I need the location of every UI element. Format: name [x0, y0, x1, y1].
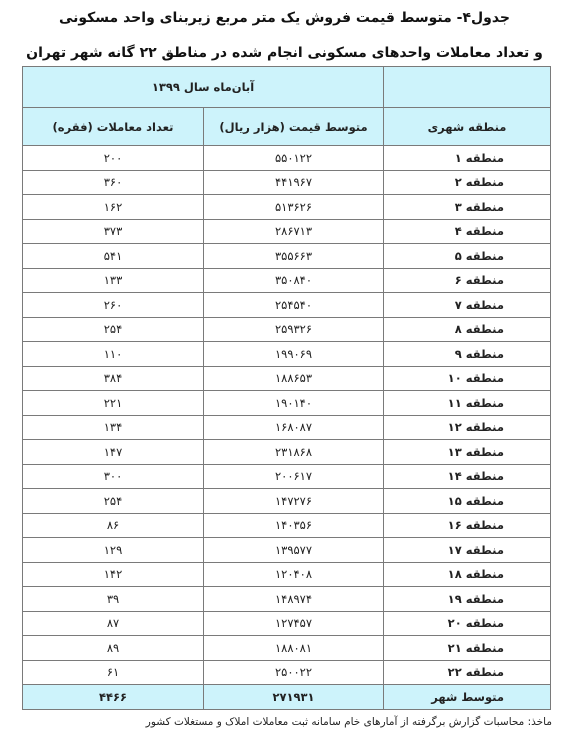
avg-price-cell: ۲۰۰۶۱۷ — [204, 464, 384, 489]
transactions-cell: ۶۱ — [23, 660, 204, 685]
table-row: منطقه ۱۸۱۲۰۴۰۸۱۴۲ — [23, 562, 551, 587]
zone-cell: منطقه ۱۶ — [384, 513, 551, 538]
table-row: منطقه ۹۱۹۹۰۶۹۱۱۰ — [23, 342, 551, 367]
zone-cell: منطقه ۴ — [384, 219, 551, 244]
table-row: منطقه ۷۲۵۴۵۴۰۲۶۰ — [23, 293, 551, 318]
zone-cell: منطقه ۱۵ — [384, 489, 551, 514]
zone-cell: منطقه ۲۲ — [384, 660, 551, 685]
zone-cell: منطقه ۱۰ — [384, 366, 551, 391]
table-row: منطقه ۱۳۲۳۱۸۶۸۱۴۷ — [23, 440, 551, 465]
transactions-cell: ۳۹ — [23, 587, 204, 612]
table-row: منطقه ۱۶۱۴۰۳۵۶۸۶ — [23, 513, 551, 538]
zone-cell: منطقه ۲۱ — [384, 636, 551, 661]
zone-cell: منطقه ۱۹ — [384, 587, 551, 612]
avg-price-cell: ۱۴۸۹۷۴ — [204, 587, 384, 612]
transactions-cell: ۲۶۰ — [23, 293, 204, 318]
table-row: منطقه ۱۱۱۹۰۱۴۰۲۲۱ — [23, 391, 551, 416]
zone-cell: منطقه ۲ — [384, 170, 551, 195]
transactions-cell: ۸۷ — [23, 611, 204, 636]
table-row: منطقه ۸۲۵۹۳۲۶۲۵۴ — [23, 317, 551, 342]
table-subtitle: و تعداد معاملات واحدهای مسکونی انجام شده… — [0, 45, 569, 61]
table-row: منطقه ۱۲۱۶۸۰۸۷۱۳۴ — [23, 415, 551, 440]
zone-cell: منطقه ۲۰ — [384, 611, 551, 636]
avg-price-cell: ۱۹۹۰۶۹ — [204, 342, 384, 367]
total-row: متوسط شهر۲۷۱۹۳۱۴۴۶۶ — [23, 685, 551, 710]
transactions-cell: ۲۰۰ — [23, 146, 204, 171]
zone-cell: منطقه ۸ — [384, 317, 551, 342]
table-row: منطقه ۱۴۲۰۰۶۱۷۳۰۰ — [23, 464, 551, 489]
price-table: آبان‌ماه سال ۱۳۹۹ منطقه شهری متوسط قیمت … — [22, 66, 551, 710]
total-avg-price-cell: ۲۷۱۹۳۱ — [204, 685, 384, 710]
transactions-cell: ۳۸۴ — [23, 366, 204, 391]
transactions-cell: ۱۳۳ — [23, 268, 204, 293]
total-transactions-cell: ۴۴۶۶ — [23, 685, 204, 710]
zone-cell: منطقه ۱۸ — [384, 562, 551, 587]
avg-price-cell: ۱۳۹۵۷۷ — [204, 538, 384, 563]
table-row: منطقه ۶۳۵۰۸۴۰۱۳۳ — [23, 268, 551, 293]
table-row: منطقه ۲۱۱۸۸۰۸۱۸۹ — [23, 636, 551, 661]
transactions-cell: ۳۷۳ — [23, 219, 204, 244]
transactions-cell: ۸۶ — [23, 513, 204, 538]
avg-price-cell: ۱۶۸۰۸۷ — [204, 415, 384, 440]
avg-price-cell: ۲۵۹۳۲۶ — [204, 317, 384, 342]
transactions-cell: ۸۹ — [23, 636, 204, 661]
header-row-period: آبان‌ماه سال ۱۳۹۹ — [23, 67, 551, 108]
avg-price-cell: ۱۸۸۶۵۳ — [204, 366, 384, 391]
table-row: منطقه ۱۹۱۴۸۹۷۴۳۹ — [23, 587, 551, 612]
zone-cell: منطقه ۶ — [384, 268, 551, 293]
table-row: منطقه ۲۴۴۱۹۶۷۳۶۰ — [23, 170, 551, 195]
total-zone-cell: متوسط شهر — [384, 685, 551, 710]
transactions-cell: ۱۶۲ — [23, 195, 204, 220]
table-row: منطقه ۱۷۱۳۹۵۷۷۱۲۹ — [23, 538, 551, 563]
avg-price-cell: ۳۵۰۸۴۰ — [204, 268, 384, 293]
table-row: منطقه ۵۳۵۵۶۶۳۵۴۱ — [23, 244, 551, 269]
avg-price-cell: ۱۴۷۲۷۶ — [204, 489, 384, 514]
transactions-cell: ۲۲۱ — [23, 391, 204, 416]
avg-price-cell: ۵۱۳۶۲۶ — [204, 195, 384, 220]
header-period: آبان‌ماه سال ۱۳۹۹ — [23, 67, 384, 108]
transactions-cell: ۱۴۲ — [23, 562, 204, 587]
zone-cell: منطقه ۵ — [384, 244, 551, 269]
zone-cell: منطقه ۷ — [384, 293, 551, 318]
source-note: ماخذ: محاسبات گزارش برگرفته از آمارهای خ… — [0, 716, 552, 728]
avg-price-cell: ۴۴۱۹۶۷ — [204, 170, 384, 195]
transactions-cell: ۱۲۹ — [23, 538, 204, 563]
table-title: جدول۴- متوسط قیمت فروش یک متر مربع زیربن… — [0, 10, 569, 26]
zone-cell: منطقه ۳ — [384, 195, 551, 220]
header-row-columns: منطقه شهری متوسط قیمت (هزار ریال) تعداد … — [23, 108, 551, 146]
zone-cell: منطقه ۱۴ — [384, 464, 551, 489]
avg-price-cell: ۱۹۰۱۴۰ — [204, 391, 384, 416]
zone-cell: منطقه ۹ — [384, 342, 551, 367]
transactions-cell: ۳۰۰ — [23, 464, 204, 489]
header-avg-price: متوسط قیمت (هزار ریال) — [204, 108, 384, 146]
avg-price-cell: ۲۵۰۰۲۲ — [204, 660, 384, 685]
avg-price-cell: ۱۸۸۰۸۱ — [204, 636, 384, 661]
header-empty-cell — [384, 67, 551, 108]
table-row: منطقه ۱۵۱۴۷۲۷۶۲۵۴ — [23, 489, 551, 514]
transactions-cell: ۲۵۴ — [23, 489, 204, 514]
avg-price-cell: ۲۳۱۸۶۸ — [204, 440, 384, 465]
transactions-cell: ۵۴۱ — [23, 244, 204, 269]
avg-price-cell: ۱۲۷۴۵۷ — [204, 611, 384, 636]
table-row: منطقه ۲۲۲۵۰۰۲۲۶۱ — [23, 660, 551, 685]
avg-price-cell: ۲۵۴۵۴۰ — [204, 293, 384, 318]
zone-cell: منطقه ۱۱ — [384, 391, 551, 416]
table-row: منطقه ۳۵۱۳۶۲۶۱۶۲ — [23, 195, 551, 220]
transactions-cell: ۳۶۰ — [23, 170, 204, 195]
transactions-cell: ۲۵۴ — [23, 317, 204, 342]
table-row: منطقه ۴۲۸۶۷۱۳۳۷۳ — [23, 219, 551, 244]
zone-cell: منطقه ۱ — [384, 146, 551, 171]
table-row: منطقه ۲۰۱۲۷۴۵۷۸۷ — [23, 611, 551, 636]
header-transactions: تعداد معاملات (فقره) — [23, 108, 204, 146]
zone-cell: منطقه ۱۲ — [384, 415, 551, 440]
header-zone: منطقه شهری — [384, 108, 551, 146]
avg-price-cell: ۱۴۰۳۵۶ — [204, 513, 384, 538]
table-row: منطقه ۱۵۵۰۱۲۲۲۰۰ — [23, 146, 551, 171]
avg-price-cell: ۲۸۶۷۱۳ — [204, 219, 384, 244]
table-row: منطقه ۱۰۱۸۸۶۵۳۳۸۴ — [23, 366, 551, 391]
transactions-cell: ۱۴۷ — [23, 440, 204, 465]
avg-price-cell: ۵۵۰۱۲۲ — [204, 146, 384, 171]
zone-cell: منطقه ۱۳ — [384, 440, 551, 465]
avg-price-cell: ۳۵۵۶۶۳ — [204, 244, 384, 269]
transactions-cell: ۱۳۴ — [23, 415, 204, 440]
zone-cell: منطقه ۱۷ — [384, 538, 551, 563]
transactions-cell: ۱۱۰ — [23, 342, 204, 367]
avg-price-cell: ۱۲۰۴۰۸ — [204, 562, 384, 587]
